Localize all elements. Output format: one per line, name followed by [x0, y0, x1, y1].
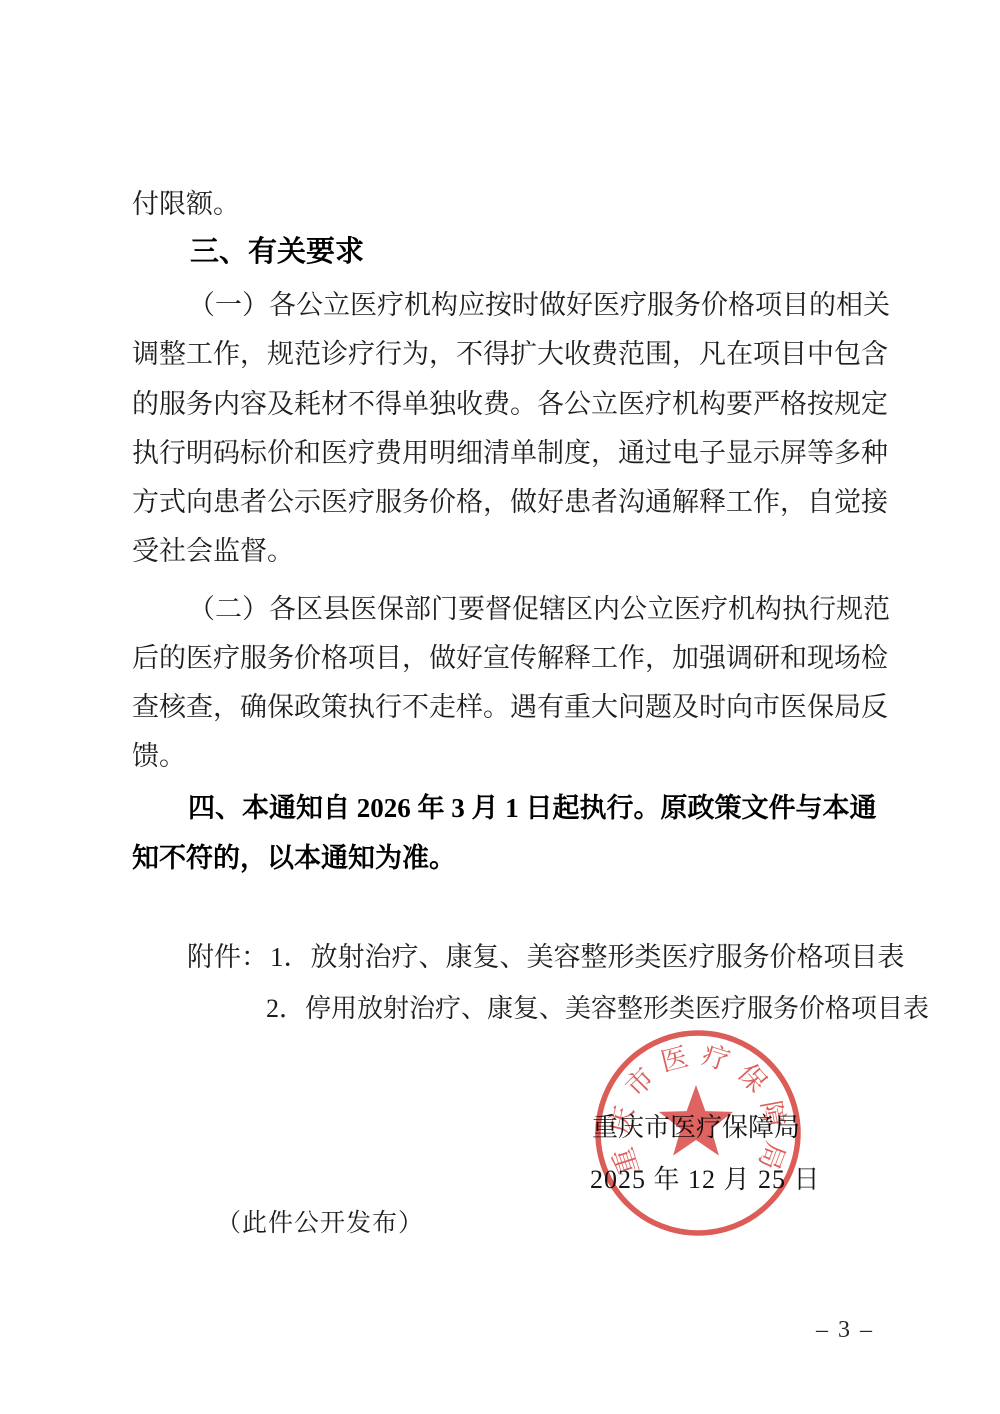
- body-line-carryover: 付限额。: [132, 190, 240, 219]
- attachments-label: 附件：: [187, 942, 268, 972]
- para1-line: 受社会监督。: [132, 537, 294, 566]
- para1-line: （一）各公立医疗机构应按时做好医疗服务价格项目的相关: [132, 291, 890, 320]
- section4-line: 知不符的，以本通知为准。: [132, 844, 456, 873]
- signature-agency: 重庆市医疗保障局: [592, 1114, 800, 1142]
- section3-heading: 三、有关要求: [190, 237, 364, 268]
- section4-line: 四、本通知自 2026 年 3 月 1 日起执行。原政策文件与本通: [132, 794, 877, 823]
- public-release-note: （此件公开发布）: [216, 1210, 424, 1237]
- document-page: 付限额。 三、有关要求 （一）各公立医疗机构应按时做好医疗服务价格项目的相关 调…: [0, 0, 1000, 1414]
- attachment-line: 附件：1．放射治疗、康复、美容整形类医疗服务价格项目表: [187, 943, 905, 972]
- attachment-item: 1．放射治疗、康复、美容整形类医疗服务价格项目表: [270, 942, 905, 972]
- para2-line: 后的医疗服务价格项目，做好宣传解释工作，加强调研和现场检: [132, 644, 888, 673]
- signature-date: 2025 年 12 月 25 日: [590, 1166, 821, 1194]
- para1-line: 执行明码标价和医疗费用明细清单制度，通过电子显示屏等多种: [132, 439, 888, 468]
- page-number: – 3 –: [816, 1318, 874, 1344]
- seal-arc-text: 重庆市医疗保障局: [604, 1039, 792, 1183]
- para2-line: 馈。: [132, 742, 186, 771]
- para1-line: 调整工作，规范诊疗行为，不得扩大收费范围，凡在项目中包含: [132, 340, 888, 369]
- para1-line: 的服务内容及耗材不得单独收费。各公立医疗机构要严格按规定: [132, 390, 888, 419]
- para1-line: 方式向患者公示医疗服务价格，做好患者沟通解释工作，自觉接: [132, 488, 888, 517]
- svg-text:重庆市医疗保障局: 重庆市医疗保障局: [604, 1039, 792, 1183]
- para2-line: 查核查，确保政策执行不走样。遇有重大问题及时向市医保局反: [132, 693, 888, 722]
- attachment-item: 2．停用放射治疗、康复、美容整形类医疗服务价格项目表: [266, 995, 929, 1023]
- para2-line: （二）各区县医保部门要督促辖区内公立医疗机构执行规范: [132, 595, 890, 624]
